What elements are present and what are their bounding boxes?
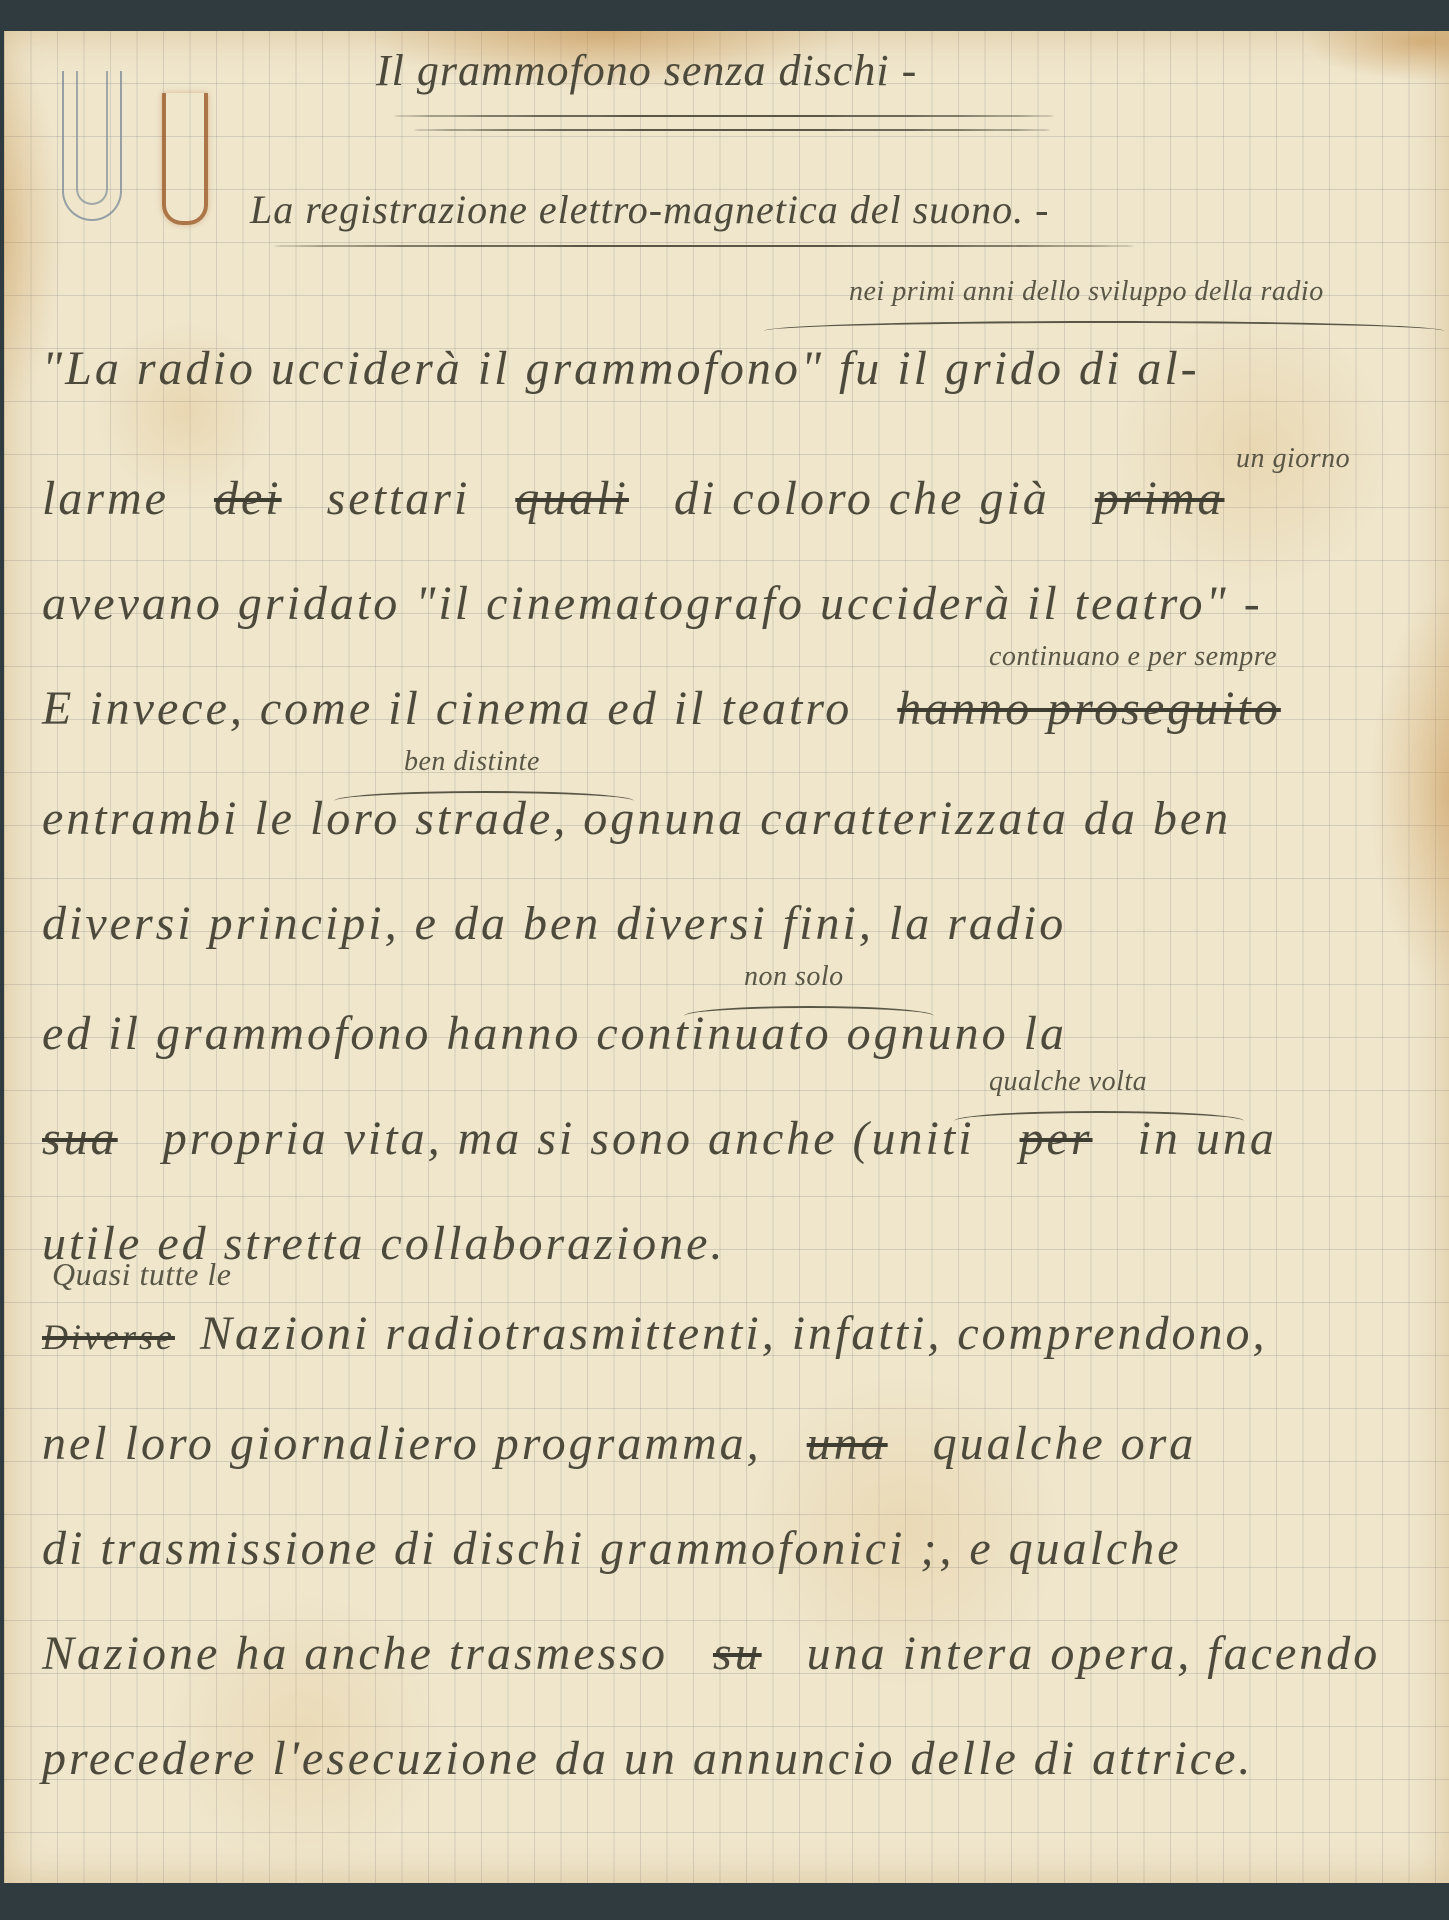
page-subtitle: La registrazione elettro-magnetica del s… [250,186,1050,233]
text-segment: diversi principi, e da ben diversi fini,… [42,896,1066,951]
text-line: avevano gridato "il cinematografo uccide… [42,576,1263,631]
text-segment: "La radio ucciderà il grammofono" fu il … [42,341,1200,396]
struck-text-segment: per [1020,1111,1093,1166]
text-line: Diverse Nazioni radiotrasmittenti, infat… [42,1306,1268,1361]
paperclip-rust-stain-icon [162,93,208,225]
interlinear-insert: ben distinte [404,746,540,778]
text-line: di trasmissione di dischi grammofonici ;… [42,1521,1182,1576]
text-line: diversi principi, e da ben diversi fini,… [42,896,1066,951]
text-segment: ed il grammofono hanno continuato ognuno… [42,1006,1067,1061]
struck-text-segment: quali [515,471,629,526]
struck-text-segment: Diverse [42,1316,175,1358]
text-line: larme dei settari quali di coloro che gi… [42,471,1224,526]
subtitle-underline [274,245,1134,247]
text-segment: precedere l'esecuzione da un annuncio de… [42,1731,1253,1786]
text-line: ed il grammofono hanno continuato ognuno… [42,1006,1067,1061]
title-underline-1 [394,115,1054,117]
text-line: Nazione ha anche trasmesso su una intera… [42,1626,1380,1681]
text-line: sua propria vita, ma si sono anche (unit… [42,1111,1277,1166]
text-segment: qualche ora [933,1416,1197,1471]
scan-background: Il grammofono senza dischi - La registra… [0,0,1449,1920]
struck-text-segment: sua [42,1111,118,1166]
struck-text-segment: hanno proseguito [897,681,1281,736]
text-segment: di coloro che già [674,471,1050,526]
text-line: entrambi le loro strade, ognuna caratter… [42,791,1231,846]
text-line: precedere l'esecuzione da un annuncio de… [42,1731,1253,1786]
insertion-caret [764,321,1444,341]
text-segment: in una [1138,1111,1277,1166]
interlinear-insert: continuano e per sempre [989,641,1277,673]
manuscript-page: Il grammofono senza dischi - La registra… [4,31,1449,1883]
text-segment: una intera opera, facendo [807,1626,1381,1681]
struck-text-segment: dei [214,471,282,526]
interlinear-insert: non solo [744,961,844,993]
text-segment: nel loro giornaliero programma, [42,1416,762,1471]
text-segment: settari [327,471,471,526]
interlinear-insert: nei primi anni dello sviluppo della radi… [849,276,1324,308]
text-segment: avevano gridato "il cinematografo uccide… [42,576,1263,631]
text-segment: entrambi le loro strade, ognuna caratter… [42,791,1231,846]
text-line: E invece, come il cinema ed il teatro ha… [42,681,1281,736]
paperclip-pencil-inner-mark-icon [76,71,108,205]
text-segment: di trasmissione di dischi grammofonici ;… [42,1521,1182,1576]
text-segment: Nazione ha anche trasmesso [42,1626,668,1681]
interlinear-insert: un giorno [1236,443,1350,475]
text-segment: larme [42,471,169,526]
struck-text-segment: una [807,1416,888,1471]
text-segment: E invece, come il cinema ed il teatro [42,681,852,736]
text-line: nel loro giornaliero programma, una qual… [42,1416,1196,1471]
interlinear-insert: Quasi tutte le [52,1256,231,1293]
page-title: Il grammofono senza dischi - [376,45,917,96]
interlinear-insert: qualche volta [989,1066,1147,1098]
struck-text-segment: su [713,1626,762,1681]
text-segment: Nazioni radiotrasmittenti, infatti, comp… [200,1306,1268,1361]
text-segment: propria vita, ma si sono anche (uniti [163,1111,975,1166]
text-line: "La radio ucciderà il grammofono" fu il … [42,341,1200,396]
struck-text-segment: prima [1095,471,1225,526]
title-underline-2 [414,129,1050,131]
